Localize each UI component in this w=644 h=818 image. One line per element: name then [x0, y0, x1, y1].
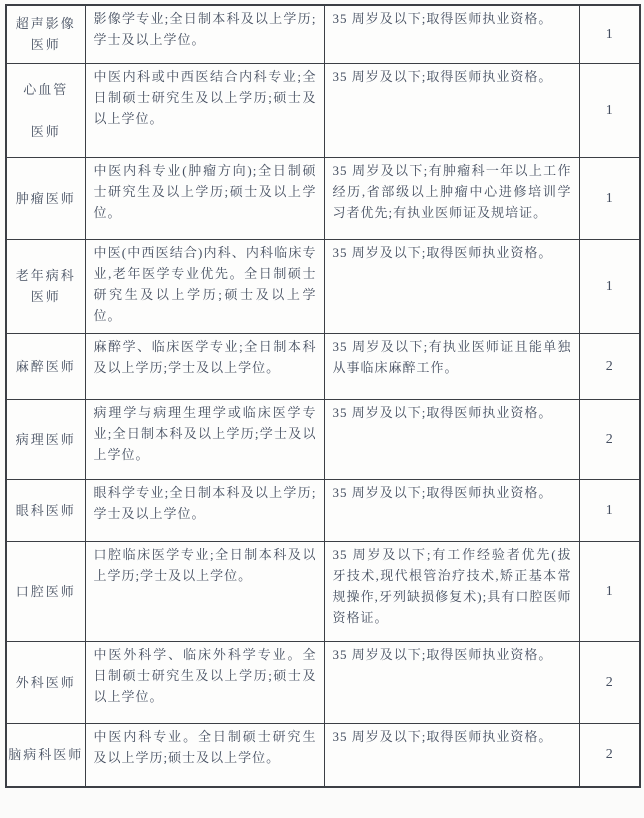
table-row: 肿瘤医师 中医内科专业(肿瘤方向);全日制硕士研究生及以上学历;硕士及以上学位。…	[6, 157, 640, 239]
position-cell: 超声影像 医师	[6, 5, 85, 63]
table-row: 眼科医师 眼科学专业;全日制本科及以上学历;学士及以上学位。 35 周岁及以下;…	[6, 479, 640, 541]
position-cell: 脑病科医师	[6, 723, 85, 787]
count-cell: 2	[579, 399, 640, 479]
requirement-cell: 35 周岁及以下;有工作经验者优先(拔牙技术,现代根管治疗技术,矫正基本常规操作…	[324, 541, 579, 641]
requirement-cell: 35 周岁及以下;取得医师执业资格。	[324, 479, 579, 541]
qualification-cell: 影像学专业;全日制本科及以上学历;学士及以上学位。	[85, 5, 324, 63]
qualification-cell: 麻醉学、临床医学专业;全日制本科及以上学历;学士及以上学位。	[85, 333, 324, 399]
requirement-cell: 35 周岁及以下;取得医师执业资格。	[324, 5, 579, 63]
table-row: 口腔医师 口腔临床医学专业;全日制本科及以上学历;学士及以上学位。 35 周岁及…	[6, 541, 640, 641]
count-cell: 1	[579, 5, 640, 63]
table-row: 老年病科 医师 中医(中西医结合)内科、内科临床专业,老年医学专业优先。全日制硕…	[6, 239, 640, 333]
position-cell: 口腔医师	[6, 541, 85, 641]
requirement-cell: 35 周岁及以下;取得医师执业资格。	[324, 239, 579, 333]
table-body: 超声影像 医师 影像学专业;全日制本科及以上学历;学士及以上学位。 35 周岁及…	[6, 5, 640, 787]
requirement-cell: 35 周岁及以下;有肿瘤科一年以上工作经历,省部级以上肿瘤中心进修培训学习者优先…	[324, 157, 579, 239]
table-row: 超声影像 医师 影像学专业;全日制本科及以上学历;学士及以上学位。 35 周岁及…	[6, 5, 640, 63]
position-cell: 心血管 医师	[6, 63, 85, 157]
qualification-cell: 中医外科学、临床外科学专业。全日制硕士研究生及以上学历;硕士及以上学位。	[85, 641, 324, 723]
table-row: 病理医师 病理学与病理生理学或临床医学专业;全日制本科及以上学历;学士及以上学位…	[6, 399, 640, 479]
qualification-cell: 病理学与病理生理学或临床医学专业;全日制本科及以上学历;学士及以上学位。	[85, 399, 324, 479]
position-cell: 眼科医师	[6, 479, 85, 541]
table-row: 外科医师 中医外科学、临床外科学专业。全日制硕士研究生及以上学历;硕士及以上学位…	[6, 641, 640, 723]
qualification-cell: 中医内科专业(肿瘤方向);全日制硕士研究生及以上学历;硕士及以上学位。	[85, 157, 324, 239]
position-cell: 肿瘤医师	[6, 157, 85, 239]
position-cell: 病理医师	[6, 399, 85, 479]
document-page: 超声影像 医师 影像学专业;全日制本科及以上学历;学士及以上学位。 35 周岁及…	[0, 0, 644, 791]
qualification-cell: 口腔临床医学专业;全日制本科及以上学历;学士及以上学位。	[85, 541, 324, 641]
qualification-cell: 眼科学专业;全日制本科及以上学历;学士及以上学位。	[85, 479, 324, 541]
position-cell: 老年病科 医师	[6, 239, 85, 333]
count-cell: 1	[579, 479, 640, 541]
count-cell: 1	[579, 63, 640, 157]
table-row: 心血管 医师 中医内科或中西医结合内科专业;全日制硕士研究生及以上学历;硕士及以…	[6, 63, 640, 157]
requirement-cell: 35 周岁及以下;取得医师执业资格。	[324, 63, 579, 157]
count-cell: 1	[579, 239, 640, 333]
requirement-cell: 35 周岁及以下;取得医师执业资格。	[324, 641, 579, 723]
count-cell: 2	[579, 641, 640, 723]
requirement-cell: 35 周岁及以下;取得医师执业资格。	[324, 723, 579, 787]
count-cell: 2	[579, 723, 640, 787]
table-row: 脑病科医师 中医内科专业。全日制硕士研究生及以上学历;硕士及以上学位。 35 周…	[6, 723, 640, 787]
position-cell: 外科医师	[6, 641, 85, 723]
qualification-cell: 中医内科或中西医结合内科专业;全日制硕士研究生及以上学历;硕士及以上学位。	[85, 63, 324, 157]
requirement-cell: 35 周岁及以下;有执业医师证且能单独从事临床麻醉工作。	[324, 333, 579, 399]
requirement-cell: 35 周岁及以下;取得医师执业资格。	[324, 399, 579, 479]
recruitment-table: 超声影像 医师 影像学专业;全日制本科及以上学历;学士及以上学位。 35 周岁及…	[5, 4, 641, 788]
count-cell: 1	[579, 157, 640, 239]
position-cell: 麻醉医师	[6, 333, 85, 399]
qualification-cell: 中医(中西医结合)内科、内科临床专业,老年医学专业优先。全日制硕士研究生及以上学…	[85, 239, 324, 333]
count-cell: 2	[579, 333, 640, 399]
count-cell: 1	[579, 541, 640, 641]
table-row: 麻醉医师 麻醉学、临床医学专业;全日制本科及以上学历;学士及以上学位。 35 周…	[6, 333, 640, 399]
qualification-cell: 中医内科专业。全日制硕士研究生及以上学历;硕士及以上学位。	[85, 723, 324, 787]
